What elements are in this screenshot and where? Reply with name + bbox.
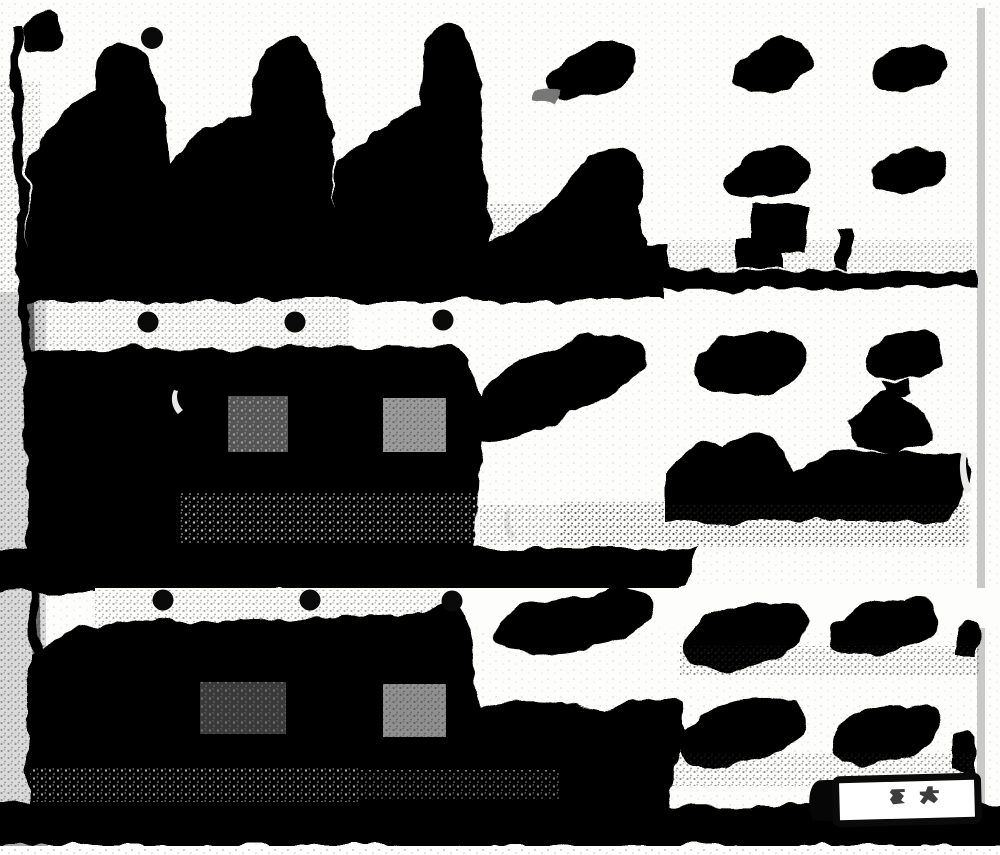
bottom-margin-dots [0,848,1000,855]
indicator-dot [138,312,159,333]
indicator-dot [285,312,306,333]
right-edge-strip [977,8,985,834]
middle-lower-band [0,548,670,592]
shelf-thin-line [666,270,975,290]
indicator-dot [300,590,321,611]
photo-figure [0,0,1000,855]
indicator-dot [153,590,174,611]
small-post [836,232,850,269]
indicator-dot [141,27,163,49]
indicator-dot [442,591,463,612]
flag-clamp-blob [21,13,61,54]
binarized-photo-canvas [0,0,1000,855]
indicator-dot [433,310,454,331]
equipment-label-plate [809,776,979,824]
label-glyph-1 [890,789,905,804]
